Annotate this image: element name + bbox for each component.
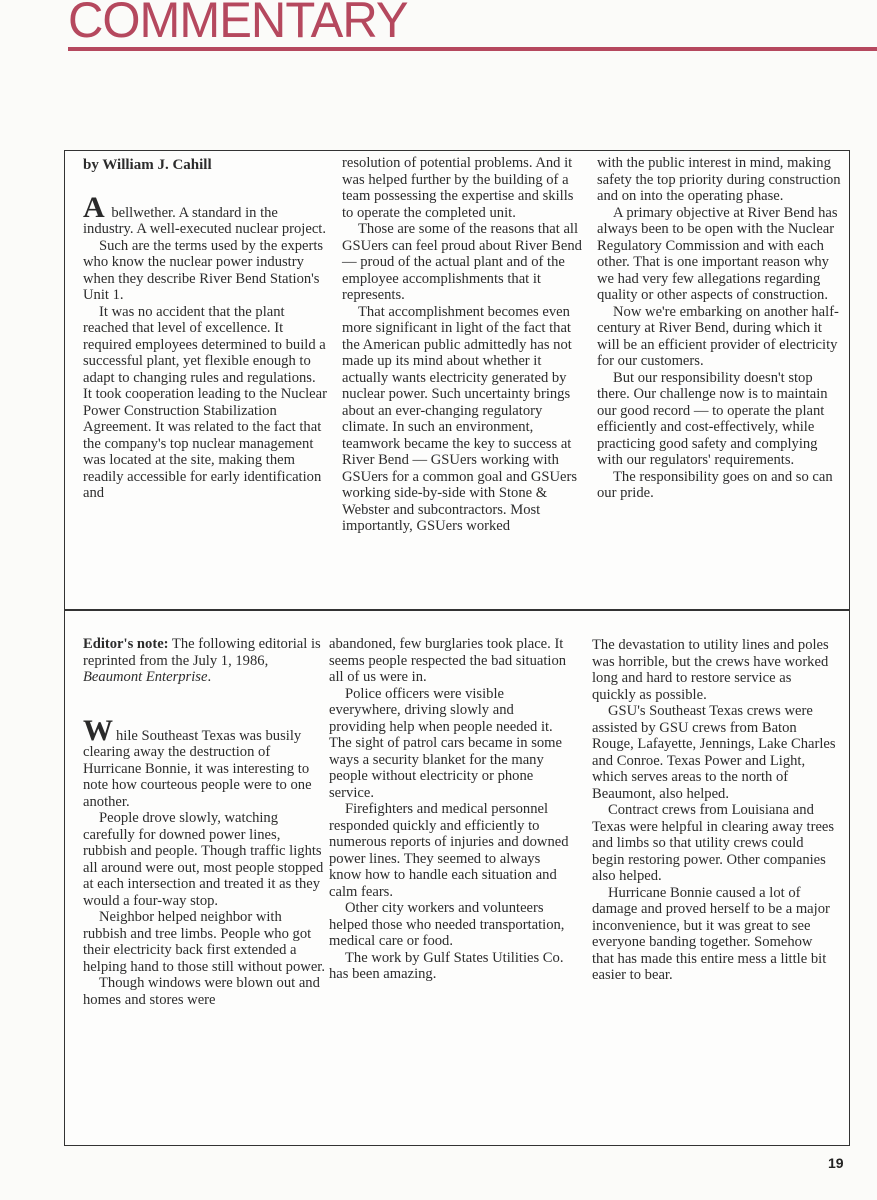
article2-paragraph: Though windows were blown out and homes … bbox=[83, 975, 327, 1008]
drop-cap: A bbox=[83, 191, 105, 224]
article2-paragraph: abandoned, few burglaries took place. It… bbox=[329, 636, 573, 686]
article2-paragraph: Hurricane Bonnie caused a lot of damage … bbox=[592, 885, 836, 984]
page-number: 19 bbox=[828, 1155, 844, 1171]
article1-column-2: resolution of potential problems. And it… bbox=[342, 155, 586, 535]
article2-paragraph: Police officers were visible everywhere,… bbox=[329, 686, 573, 802]
article2-paragraph: Firefighters and medical personnel respo… bbox=[329, 801, 573, 900]
article2-column-3: The devastation to utility lines and pol… bbox=[592, 637, 836, 984]
editorial-article-box: Editor's note: The following editorial i… bbox=[64, 609, 850, 1146]
article2-paragraph: People drove slowly, watching carefully … bbox=[83, 810, 327, 909]
article2-paragraph: GSU's Southeast Texas crews were assiste… bbox=[592, 703, 836, 802]
article1-paragraph: The responsibility goes on and so can ou… bbox=[597, 469, 841, 502]
article1-paragraph: Such are the terms used by the experts w… bbox=[83, 238, 327, 304]
source-publication: Beaumont Enterprise bbox=[83, 669, 207, 685]
article2-paragraph: The work by Gulf States Utilities Co. ha… bbox=[329, 950, 573, 983]
article2-paragraph: The devastation to utility lines and pol… bbox=[592, 637, 836, 703]
article1-paragraph: Those are some of the reasons that all G… bbox=[342, 221, 586, 304]
article1-paragraph: But our responsibility doesn't stop ther… bbox=[597, 370, 841, 469]
article2-column-1: Editor's note: The following editorial i… bbox=[83, 636, 327, 1008]
article1-paragraph: A bellwether. A standard in the industry… bbox=[83, 198, 327, 238]
article2-paragraph: Other city workers and volunteers helped… bbox=[329, 900, 573, 950]
article1-column-3: with the public interest in mind, making… bbox=[597, 155, 841, 502]
article1-paragraph: resolution of potential problems. And it… bbox=[342, 155, 586, 221]
article2-paragraph: While Southeast Texas was busily clearin… bbox=[83, 721, 327, 811]
byline: by William J. Cahill bbox=[83, 157, 327, 174]
article1-paragraph: It was no accident that the plant reache… bbox=[83, 304, 327, 502]
editors-note: Editor's note: The following editorial i… bbox=[83, 636, 327, 686]
article2-paragraph: Neighbor helped neighbor with rubbish an… bbox=[83, 909, 327, 975]
article1-paragraph: with the public interest in mind, making… bbox=[597, 155, 841, 205]
article1-paragraph: That accomplishment becomes even more si… bbox=[342, 304, 586, 535]
drop-cap: W bbox=[83, 714, 113, 747]
header-rule bbox=[68, 47, 877, 51]
article1-column-1: by William J. Cahill A bellwether. A sta… bbox=[83, 157, 327, 502]
article1-paragraph: Now we're embarking on another half-cent… bbox=[597, 304, 841, 370]
article1-paragraph: A primary objective at River Bend has al… bbox=[597, 205, 841, 304]
section-title: COMMENTARY bbox=[68, 0, 408, 50]
article2-paragraph: Contract crews from Louisiana and Texas … bbox=[592, 802, 836, 885]
commentary-article-box: by William J. Cahill A bellwether. A sta… bbox=[64, 150, 850, 611]
article2-column-2: abandoned, few burglaries took place. It… bbox=[329, 636, 573, 983]
